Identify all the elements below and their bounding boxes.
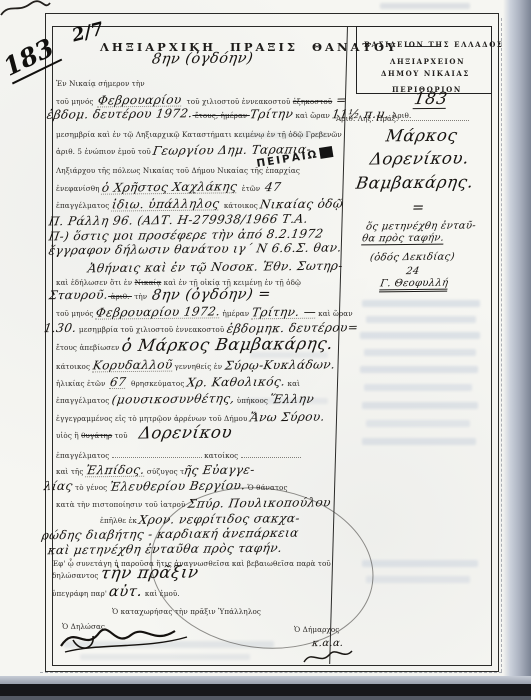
form-line: = [412,199,425,216]
text-segment: σύζυγος τ [144,468,184,475]
declarant-label: Ὁ Δηλώσας [62,616,105,632]
text-segment: κατὰ τὴν πιστοποίησιν τοῦ ἰατροῦ [56,501,188,508]
text-segment: Τρίτην. — [251,306,317,320]
text-segment: 47 [264,181,282,193]
death-certificate-page: ΠΕΙΡΑΙΩ 183 2/7 ΛΗΞΙΑΡΧΙΚΗ ΠΡΑΞΙΣ ΘΑΝΑΤΟ… [0,0,531,700]
form-line: Ὁ καταχωρήσας τὴν πρᾶξιν Ὑπάλληλος [112,601,261,617]
text-segment: Βαμβακάρης. [355,174,475,192]
text-segment: Σταυροῦ. [48,289,109,302]
text-segment: καὶ ἐμοῦ. [143,590,180,597]
text-segment: Γεωργίου Δημ. Ταραπια- [152,143,312,157]
form-line: Π. Ράλλη 96. (ΑΔΤ. Η-279938/1966 Τ.Α. [49,211,308,227]
text-segment: Κορυδαλλοῦ [91,359,173,373]
text-segment: ἀριθ. [108,293,132,300]
text-segment: θρησκεύματος [126,380,187,387]
text-segment: = [411,201,426,216]
text-segment: ἀριθ. 5 ἐνώπιον ἐμοῦ τοῦ [56,148,153,155]
text-segment: Ἐν Νικαίᾳ σήμερον τὴν [56,80,145,87]
text-segment [112,449,202,458]
form-line: ἐπαγγέλματος (μουσικοσυνθέτης, ὑπήκοος Ἕ… [56,390,315,406]
text-segment: ἐτῶν [237,185,265,192]
text-segment: ὁ Μάρκος Βαμβακάρης. [120,336,334,355]
text-segment: Ὁ θάνατος [245,484,287,491]
text-segment: τὸ γένος [73,484,110,491]
text-segment: ὑπεγράφη παρ' [52,590,109,597]
text-segment: ὁ Χρῆστος Χαχλάκης [101,180,238,194]
text-segment: ἐπαγγέλματος [56,452,112,459]
scan-bottom-edge [0,676,531,684]
text-segment: Ἀριθ. Ληξ. Πράξ. [336,115,401,122]
margin-name: Μάρκος [386,128,457,145]
form-line: ἔγγραφον δήλωσιν θανάτου ιγ΄ Ν 6.6.Σ. θα… [49,240,341,256]
text-segment: καὶ ὥραν [316,310,353,317]
text-segment: καὶ ὥραν [293,112,332,119]
text-segment: Δορενίκου [138,425,234,442]
kingdom-header: ΒΑΣΙΛΕΙΟΝ ΤΗΣ ΕΛΛΑΔΟΣ [364,34,503,50]
text-segment: υἱὸς ἢ [56,432,81,439]
form-line: Ληξιάρχου τῆς πόλεως Νικαίας τοῦ Δήμου Ν… [56,160,300,176]
text-segment: Μάρκος [385,128,459,145]
form-line: ἐπαγγέλματος ἰδιω. ὑπάλληλος κάτοικος Νι… [56,195,343,211]
form-line: δηλώσαντος τὴν πρᾶξιν [52,565,198,582]
page-edge-dashed-line [40,672,502,673]
text-segment: Σπύρ. Πουλικοπούλου [187,496,332,509]
scan-right-edge [503,0,531,700]
form-line: ὑπεγράφη παρ' αὐτ. καὶ ἐμοῦ. [52,583,180,600]
form-line: κ.α.α. [312,633,343,649]
text-segment: 8ην (ὀγδόην) = [151,287,272,303]
text-segment: μεσημβρία τοῦ χιλιοστοῦ ἐννεακοστοῦ [77,326,227,333]
text-segment: Χρον. νεφρίτιδος σακχα- [138,512,301,526]
text-segment [241,449,301,458]
form-line: Ἐν Νικαίᾳ σήμερον τὴν [56,73,145,89]
margin-note: θα πρὸς ταφήν. [362,228,444,245]
text-segment: ἰδιω. ὑπάλληλος [111,197,220,211]
hw-date-day: 8ην (ὀγδόην) [152,50,253,67]
text-segment: ἡμέραν [220,310,252,317]
hw-cause-of-death: ἐπῆλθε ἐκ Χρον. νεφρίτιδος σακχα- [100,510,300,526]
text-segment: ἔγγραφον δήλωσιν θανάτου ιγ΄ Ν 6.6.Σ. θα… [48,241,343,256]
text-segment: κάτοικος [219,202,260,209]
text-segment: ἑβδομ. δευτέρου 1972. [46,107,193,121]
form-line: μεσημβρία καὶ ἐν τῷ Ληξιαρχικῷ Καταστήμα… [56,124,342,140]
text-segment: θα πρὸς ταφήν. [361,234,445,246]
text-segment: λίας [43,480,74,492]
form-line: Σταυροῦ. ἀριθ. τὴν 8ην (ὀγδόην) = [49,286,271,303]
text-segment: Ὁ Δηλώσας [62,623,105,630]
text-segment: 8ην (ὀγδόην) [151,51,254,67]
margin-name: Δορενίκου. [370,151,469,168]
text-segment: ῆς Εὐαγγε- [183,464,256,477]
text-segment: καὶ τῆς [56,468,86,475]
text-segment: Σύρῳ-Κυκλάδων. [224,358,336,371]
text-segment: ἑβδομηκ. δευτέρου= [226,321,359,334]
text-segment: Τρίτην [249,108,294,120]
form-line: καὶ τῆς Ἐλπίδος. σύζυγος τῆς Εὐαγγε- [56,461,255,477]
text-segment: ἔτους, ἡμέραν [192,112,249,119]
text-segment: ἐπαγγέλματος [56,397,112,404]
text-segment: 67 [109,376,127,389]
text-segment: Ἐλπίδος. [85,464,146,478]
act-number-row: Ἀριθ. Ληξ. Πράξ. [336,108,469,124]
text-segment: ἔτους ἀπεβίωσεν [56,344,122,351]
text-segment: Γ. Θεοφυλλή [379,279,449,293]
hw-cause-of-death: ρώδης διαβήτης - καρδιακή ἀνεπάρκεια [42,525,299,541]
text-segment: κάτοικος [56,363,93,370]
form-line: ἐνεφανίσθη ὁ Χρῆστος Χαχλάκης ἐτῶν 47 [56,178,281,194]
form-line: κάτοικος Κορυδαλλοῦ γεννηθείς ἐν Σύρῳ-Κυ… [56,356,335,372]
text-segment: Χρ. Καθολικός. [186,375,286,388]
text-segment: ἐπαγγέλματος [56,202,112,209]
form-line: λίας τὸ γένος Ἐλευθερίου Βεργίου. Ὁ θάνα… [44,477,288,493]
text-segment: τοῦ [112,432,139,439]
text-segment: δηλώσαντος [52,572,101,579]
text-segment: αὐτ. [108,585,143,600]
text-segment: (μουσικοσυνθέτης, [111,392,236,405]
text-segment: κ.α.α. [311,639,344,649]
text-segment: 1.30. [43,322,77,334]
text-segment: κατοίκος [202,452,241,459]
text-segment: ἐνεφανίσθη [56,185,102,192]
text-segment: τοῦ μηνός [56,310,96,317]
text-segment: Ληξιάρχου τῆς πόλεως Νικαίας τοῦ Δήμου Ν… [56,167,300,174]
form-line: 1.30. μεσημβρία τοῦ χιλιοστοῦ ἐννεακοστο… [44,319,358,335]
text-segment: γεννηθείς ἐν [172,363,224,370]
margin-signature: Γ. Θεοφυλλή [380,273,448,292]
form-line: κατὰ τὴν πιστοποίησιν τοῦ ἰατροῦ Σπύρ. Π… [56,494,331,510]
text-segment: ΔΗΜΟΥ ΝΙΚΑΙΑΣ [381,70,470,77]
bleed-smudge [380,3,470,9]
text-segment: ἐγγεγραμμένος εἰς τὸ μητρῷον ἀρρένων τοῦ… [56,415,250,422]
text-segment: 183 [413,91,449,109]
text-segment: ὑπήκοος [234,397,270,404]
page-edge-dashed-line [501,18,502,672]
text-segment: ΒΑΣΙΛΕΙΟΝ ΤΗΣ ΕΛΛΑΔΟΣ [364,41,503,48]
text-segment: τὴν πρᾶξιν [100,564,200,582]
stamp-blob [318,146,333,159]
text-segment: Ἄνω Σύρου. [249,411,326,424]
municipality-header: ΔΗΜΟΥ ΝΙΚΑΙΑΣ [381,63,470,79]
form-line: ἐγγεγραμμένος εἰς τὸ μητρῷον ἀρρένων τοῦ… [56,408,325,424]
form-line: τοῦ μηνός Φεβρουαρίου 1972. ἡμέραν Τρίτη… [56,303,353,319]
text-segment: Δορενίκου. [369,150,471,168]
scan-bottom-band [0,684,531,696]
text-segment: Ἐλευθερίου Βεργίου. [109,479,246,492]
form-line: ἐπαγγέλματος κατοίκος [56,445,301,461]
form-line: υἱὸς ἢ θυγάτηρ τοῦ Δορενίκου [56,425,233,442]
corner-pen-scribble [0,0,52,18]
act-number-hw: 183 [414,91,447,109]
text-segment: Ὁ καταχωρήσας τὴν πρᾶξιν Ὑπάλληλος [112,608,261,615]
form-line: ἀριθ. 5 ἐνώπιον ἐμοῦ τοῦ Γεωργίου Δημ. Τ… [56,141,311,157]
text-segment: θυγάτηρ [81,432,112,439]
text-segment: καὶ [285,380,300,387]
form-line: ἡλικίας ἐτῶν 67 θρησκεύματος Χρ. Καθολικ… [56,373,300,389]
text-segment: ἐπῆλθε ἐκ [100,517,139,524]
text-segment: ἡλικίας ἐτῶν [56,380,110,387]
text-segment: Ἕλλην [269,393,315,405]
text-segment: Φεβρουαρίου 1972. [95,305,221,319]
hw-deceased-name: ἔτους ἀπεβίωσεν ὁ Μάρκος Βαμβακάρης. [56,337,333,354]
text-segment: Νικαίας ὁδῷ [259,198,344,211]
text-segment: τὴν [132,293,152,300]
text-segment: μεσημβρία καὶ ἐν τῷ Ληξιαρχικῷ Καταστήμα… [56,131,342,138]
scan-bottom-foot [0,696,531,700]
text-segment [401,112,469,121]
margin-name: Βαμβακάρης. [356,175,473,192]
